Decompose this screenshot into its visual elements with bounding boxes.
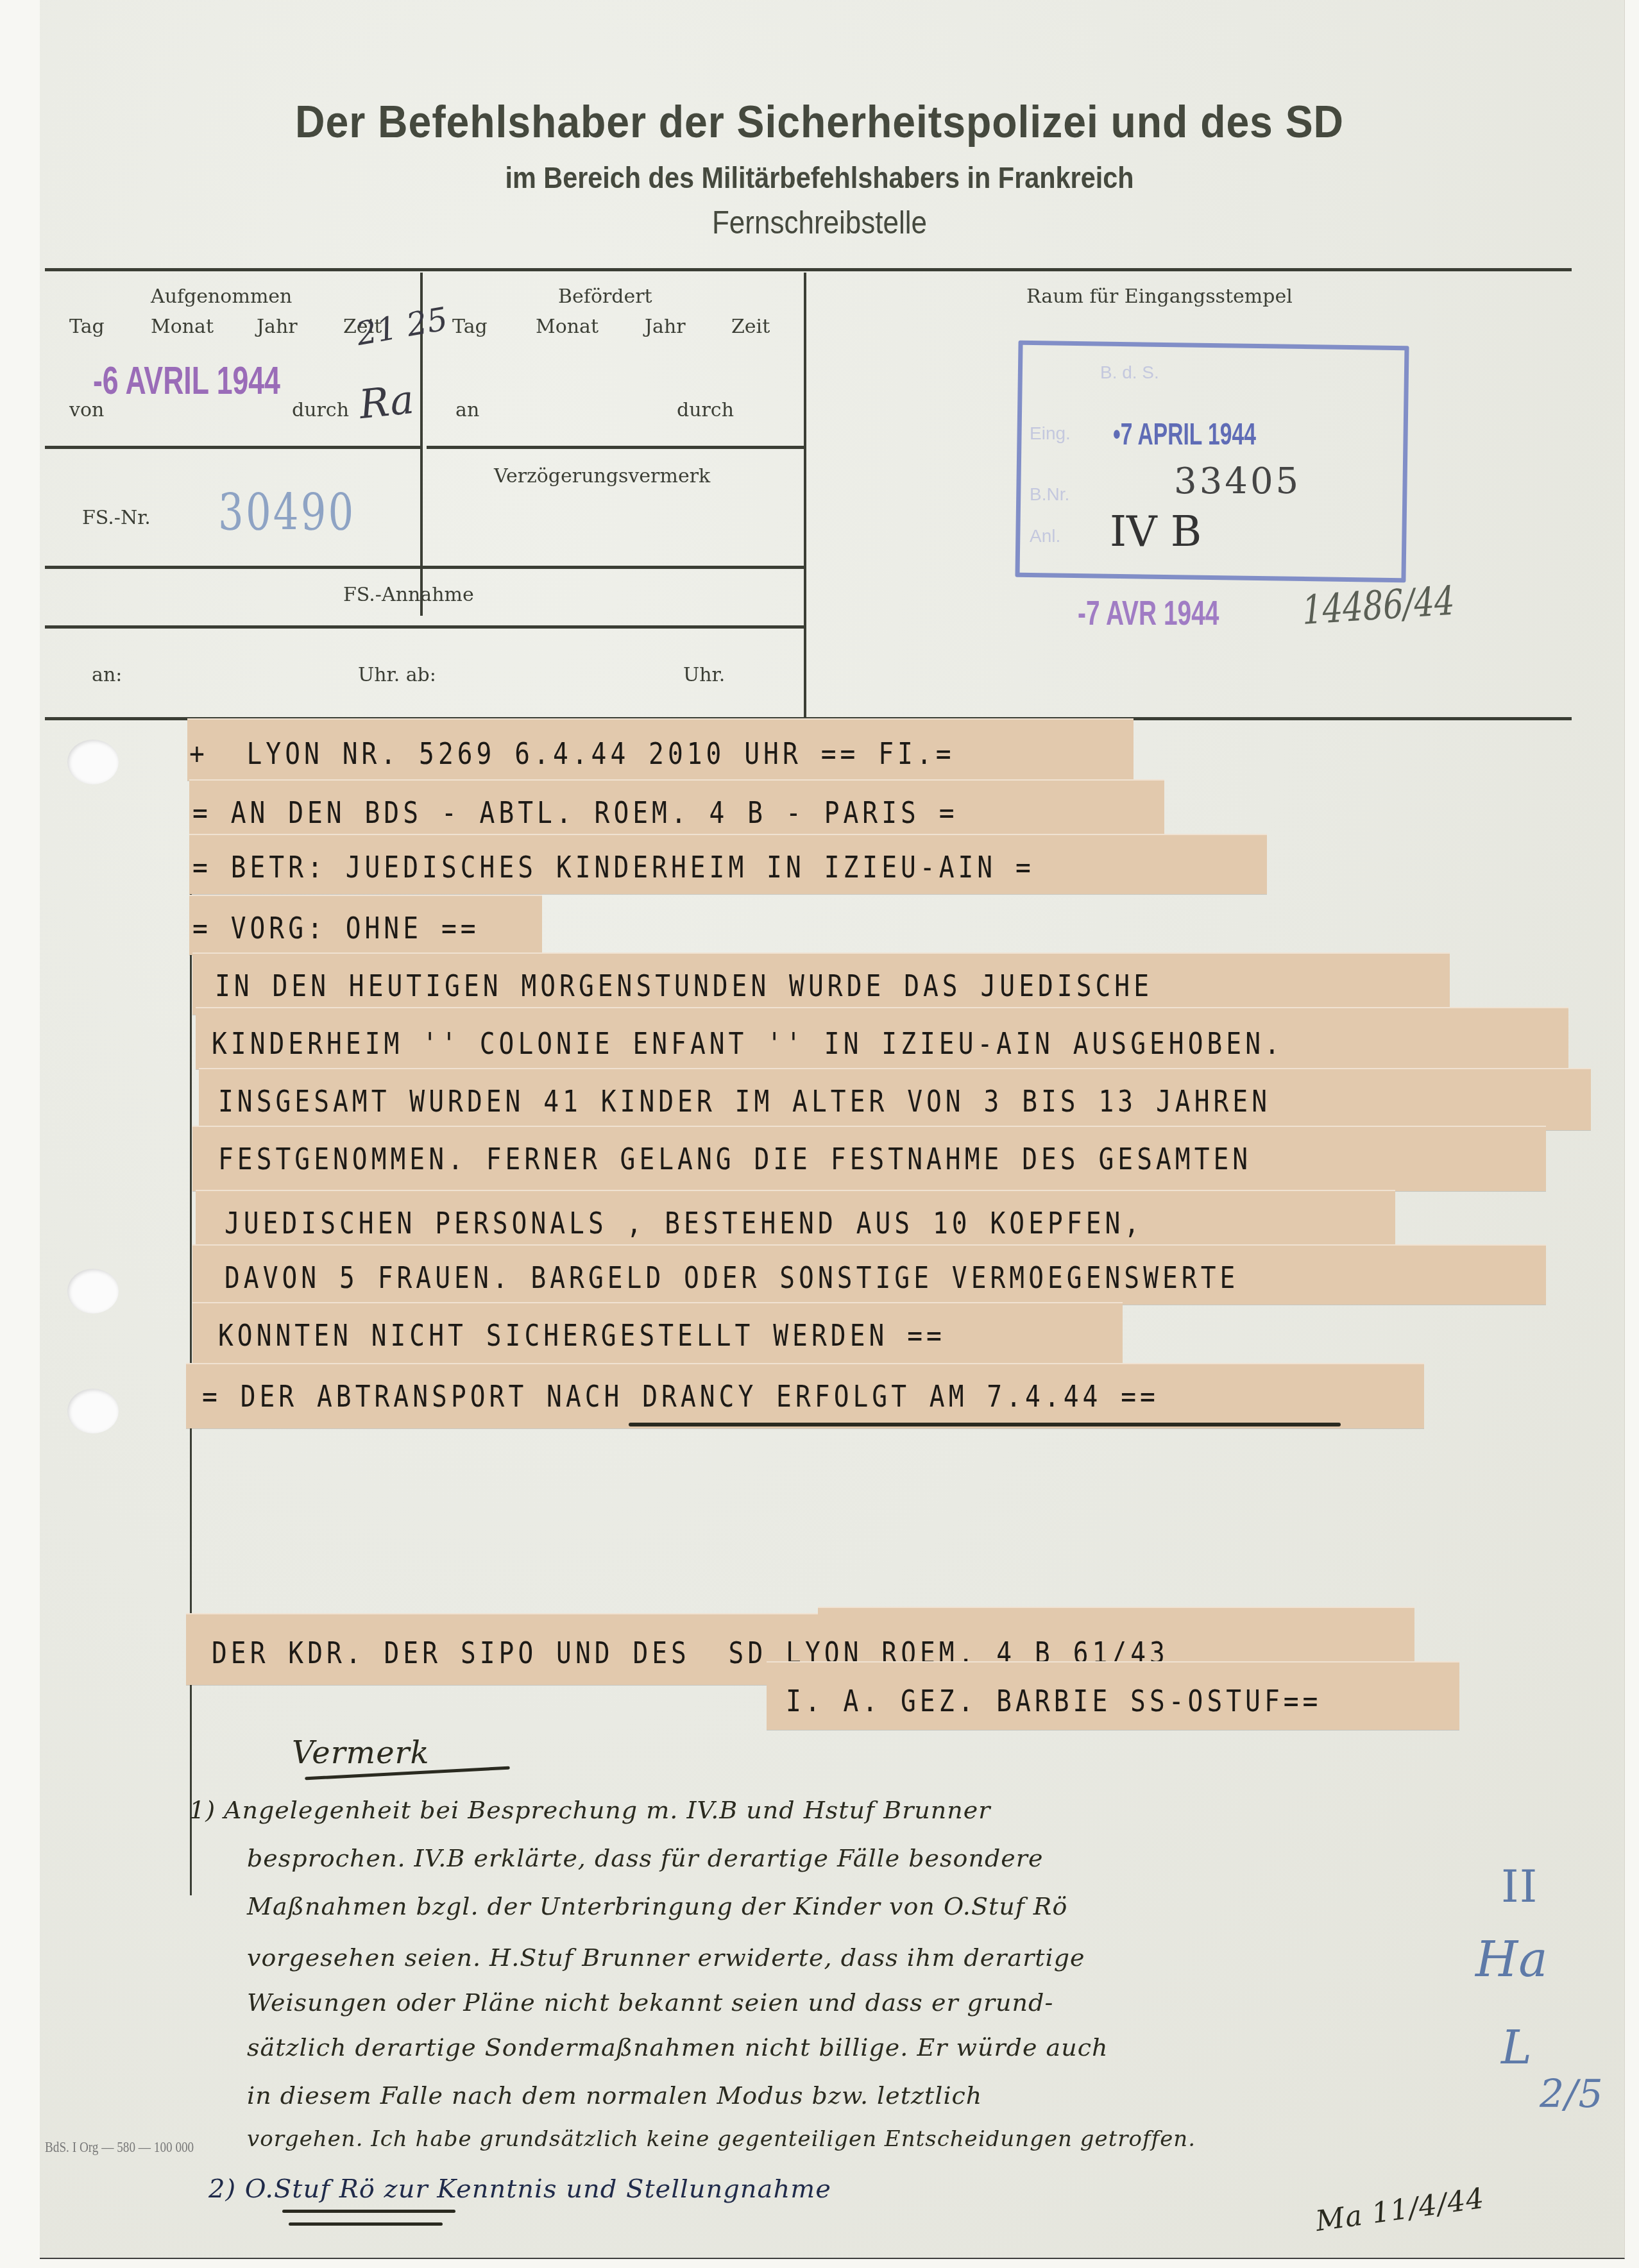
- memo-line-handwritten: in diesem Falle nach dem normalen Modus …: [247, 2081, 982, 2110]
- telegram-line: = AN DEN BDS - ABTL. ROEM. 4 B - PARIS =: [192, 795, 958, 830]
- form-line: [45, 625, 804, 629]
- annahme-an-label: an:: [92, 664, 122, 686]
- telegram-line: KINDERHEIM '' COLONIE ENFANT '' IN IZIEU…: [212, 1026, 1284, 1061]
- an-label: an: [455, 399, 479, 421]
- memo-heading-handwritten: Vermerk: [292, 1735, 430, 1771]
- befoerdert-label: Befördert: [558, 285, 652, 308]
- durch-label: durch: [292, 399, 349, 421]
- stamp-faint-header: B. d. S.: [1100, 362, 1159, 383]
- telegram-line: INSGESAMT WURDEN 41 KINDER IM ALTER VON …: [218, 1084, 1271, 1119]
- reference-number-handwritten: 14486/44: [1301, 577, 1455, 634]
- letterhead-subtitle: im Bereich des Militärbefehlshabers in F…: [82, 160, 1558, 195]
- aufgenommen-label: Aufgenommen: [151, 285, 292, 308]
- punch-hole: [67, 1389, 119, 1434]
- letterhead-title: Der Befehlshaber der Sicherheitspolizei …: [65, 96, 1574, 148]
- telegram-line: = BETR: JUEDISCHES KINDERHEIM IN IZIEU-A…: [192, 850, 1035, 884]
- form-line: [45, 566, 804, 569]
- stamp-faint-bnr: B.Nr.: [1030, 484, 1069, 505]
- margin-initials: Ha: [1475, 1931, 1549, 1988]
- col-jahr: Jahr: [257, 316, 298, 338]
- punch-hole: [67, 1269, 119, 1314]
- stamp-faint-eing: Eing.: [1030, 423, 1071, 444]
- memo-line-handwritten: vorgehen. Ich habe grundsätzlich keine g…: [247, 2126, 1196, 2152]
- punch-hole: [67, 740, 119, 784]
- telegram-line: JUEDISCHEN PERSONALS , BESTEHEND AUS 10 …: [225, 1206, 1143, 1240]
- verzoegerungsvermerk-label: Verzögerungsvermerk: [494, 465, 710, 487]
- telegram-line: DAVON 5 FRAUEN. BARGELD ODER SONSTIGE VE…: [225, 1260, 1239, 1295]
- form-top-line: [45, 268, 1572, 271]
- col-monat: Monat: [151, 316, 214, 338]
- stamp-faint-anl: Anl.: [1030, 526, 1060, 546]
- memo-line-handwritten: besprochen. IV.B erklärte, dass für dera…: [247, 1844, 1043, 1872]
- memo-line-handwritten: 1) Angelegenheit bei Besprechung m. IV.B…: [189, 1796, 990, 1824]
- form-print-code: BdS. I Org — 580 — 100 000: [45, 2139, 194, 2156]
- durch-label: durch: [677, 399, 734, 421]
- letterhead-office: Fernschreibstelle: [98, 204, 1540, 241]
- telegram-line: = VORG: OHNE ==: [192, 911, 480, 945]
- col-tag: Tag: [452, 316, 488, 338]
- receipt-date-stamp: •7 APRIL 1944: [1113, 417, 1256, 452]
- fs-nr-label: FS.-Nr.: [82, 507, 151, 529]
- operator-initials-handwritten: Ra: [357, 376, 416, 428]
- telegram-line: FESTGENOMMEN. FERNER GELANG DIE FESTNAHM…: [218, 1142, 1252, 1176]
- telegram-line: IN DEN HEUTIGEN MORGENSTUNDEN WURDE DAS …: [215, 969, 1153, 1003]
- memo-line-handwritten: Maßnahmen bzgl. der Unterbringung der Ki…: [247, 1892, 1067, 1920]
- eingangsstempel-label: Raum für Eingangsstempel: [1026, 285, 1293, 308]
- margin-initials: L: [1501, 2020, 1533, 2074]
- memo-line-handwritten: 2) O.Stuf Rö zur Kenntnis und Stellungna…: [208, 2174, 831, 2204]
- col-monat: Monat: [536, 316, 599, 338]
- margin-initials: II: [1501, 1860, 1538, 1913]
- form-line: [427, 446, 804, 449]
- memo-line-handwritten: Weisungen oder Pläne nicht bekannt seien…: [247, 1988, 1053, 2017]
- telegram-line: = DER ABTRANSPORT NACH DRANCY ERFOLGT AM…: [202, 1379, 1159, 1414]
- ink-underline: [282, 2210, 455, 2213]
- margin-initials: 2/5: [1540, 2072, 1604, 2117]
- memo-line-handwritten: sätzlich derartige Sondermaßnahmen nicht…: [247, 2033, 1108, 2061]
- telegram-line: + LYON NR. 5269 6.4.44 2010 UHR == FI.=: [189, 736, 955, 771]
- second-receipt-date-stamp: -7 AVR 1944: [1078, 593, 1219, 633]
- fs-annahme-label: FS.-Annahme: [343, 584, 474, 606]
- received-date-stamp: -6 AVRIL 1944: [93, 358, 280, 403]
- telegram-line: KONNTEN NICHT SICHERGESTELLT WERDEN ==: [218, 1318, 946, 1353]
- col-zeit: Zeit: [731, 316, 770, 338]
- form-line: [45, 446, 420, 449]
- fs-nr-value: 30490: [218, 484, 356, 542]
- form-divider: [804, 273, 806, 718]
- col-jahr: Jahr: [645, 316, 686, 338]
- annahme-uhr-ab-label: Uhr. ab:: [358, 664, 436, 686]
- ink-underline: [629, 1423, 1341, 1426]
- col-tag: Tag: [69, 316, 105, 338]
- ink-underline: [289, 2222, 443, 2226]
- signature-line: I. A. GEZ. BARBIE SS-OSTUF==: [786, 1684, 1321, 1718]
- annahme-uhr-label: Uhr.: [683, 664, 725, 686]
- receipt-number: 33405: [1174, 461, 1301, 502]
- department-handwritten: IV B: [1110, 507, 1202, 556]
- memo-line-handwritten: vorgesehen seien. H.Stuf Brunner erwider…: [247, 1943, 1085, 1972]
